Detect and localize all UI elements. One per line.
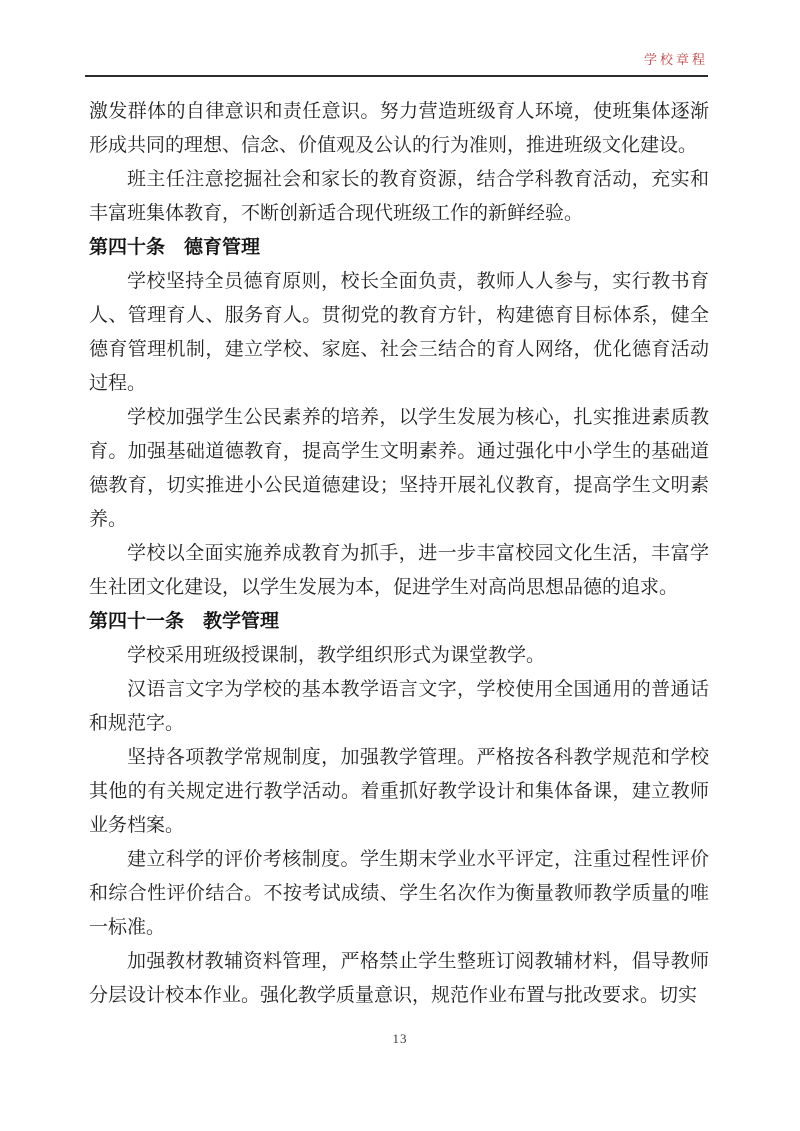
body-paragraph: 汉语言文字为学校的基本教学语言文字，学校使用全国通用的普通话和规范字。 bbox=[89, 673, 709, 741]
article-heading: 第四十条 德育管理 bbox=[89, 231, 709, 265]
body-paragraph: 学校加强学生公民素养的培养，以学生发展为核心，扎实推进素质教育。加强基础道德教育… bbox=[89, 401, 709, 537]
header-title: 学校章程 bbox=[644, 52, 708, 67]
article-heading: 第四十一条 教学管理 bbox=[89, 605, 709, 639]
document-body: 激发群体的自律意识和责任意识。努力营造班级育人环境，使班集体逐渐形成共同的理想、… bbox=[89, 95, 709, 1013]
body-paragraph: 坚持各项教学常规制度，加强教学管理。严格按各科教学规范和学校其他的有关规定进行教… bbox=[89, 741, 709, 843]
page-number: 13 bbox=[393, 1031, 408, 1046]
body-paragraph: 学校以全面实施养成教育为抓手，进一步丰富校园文化生活，丰富学生社团文化建设，以学… bbox=[89, 537, 709, 605]
document-page: 学校章程 激发群体的自律意识和责任意识。努力营造班级育人环境，使班集体逐渐形成共… bbox=[0, 0, 800, 1131]
page-footer: 13 bbox=[0, 1031, 800, 1047]
body-paragraph: 建立科学的评价考核制度。学生期末学业水平评定，注重过程性评价和综合性评价结合。不… bbox=[89, 843, 709, 945]
body-paragraph: 加强教材教辅资料管理，严格禁止学生整班订阅教辅材料，倡导教师分层设计校本作业。强… bbox=[89, 945, 709, 1013]
body-paragraph: 学校采用班级授课制，教学组织形式为课堂教学。 bbox=[89, 639, 709, 673]
body-paragraph: 班主任注意挖掘社会和家长的教育资源，结合学科教育活动，充实和丰富班集体教育，不断… bbox=[89, 163, 709, 231]
body-paragraph: 学校坚持全员德育原则，校长全面负责，教师人人参与，实行教书育人、管理育人、服务育… bbox=[89, 265, 709, 401]
body-paragraph: 激发群体的自律意识和责任意识。努力营造班级育人环境，使班集体逐渐形成共同的理想、… bbox=[89, 95, 709, 163]
page-header: 学校章程 bbox=[85, 49, 708, 77]
